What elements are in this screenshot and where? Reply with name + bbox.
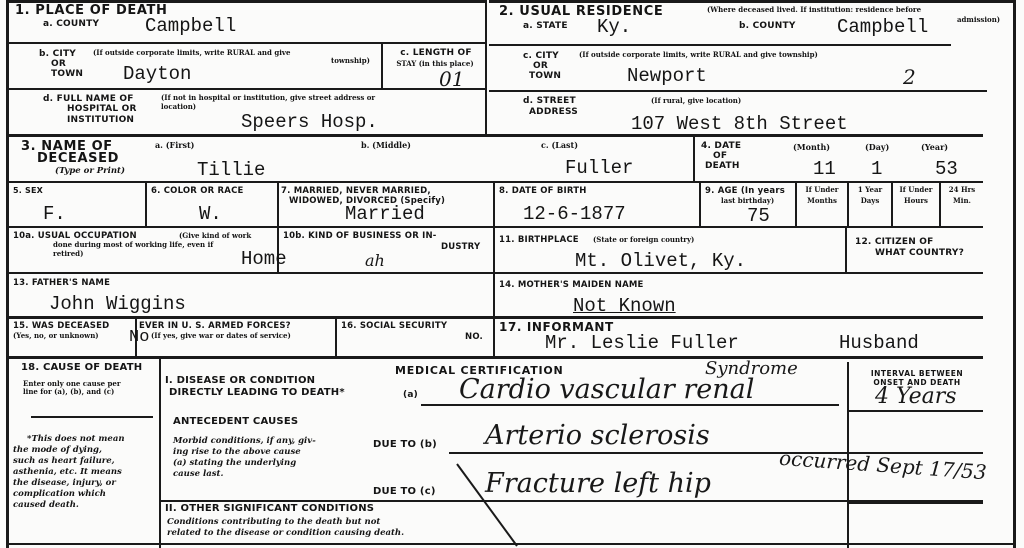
sec2-state-value[interactable]: Ky.	[597, 17, 631, 37]
sec3-middle-label: b. (Middle)	[361, 141, 411, 149]
rule	[489, 90, 987, 92]
sec11-value[interactable]: Mt. Olivet, Ky.	[575, 251, 746, 271]
part2-label: II. OTHER SIGNIFICANT CONDITIONS	[165, 504, 374, 514]
sec1-hospital-value[interactable]: Speers Hosp.	[241, 112, 378, 132]
footnote-line: asthenia, etc. It means	[13, 467, 157, 478]
footnote-line: the disease, injury, or	[13, 478, 157, 489]
sec18-instruction-2: line for (a), (b), and (c)	[23, 388, 114, 396]
rule	[9, 88, 487, 90]
sec15-label: 15. WAS DECEASED	[13, 321, 109, 331]
sec4-year-label: (Year)	[921, 143, 948, 151]
sec16-label: 16. SOCIAL SECURITY	[341, 321, 447, 331]
part2-note: Conditions contributing to the death but…	[167, 517, 380, 528]
sec15-value[interactable]: No	[129, 328, 149, 348]
interval-a-line	[849, 410, 983, 412]
morbid-note-line: (a) stating the underlying	[173, 458, 369, 469]
sec3-first-label: a. (First)	[155, 141, 194, 149]
interval-label: INTERVAL BETWEEN	[851, 370, 983, 378]
sec5-value[interactable]: F.	[43, 204, 66, 224]
rule	[699, 181, 701, 227]
strike-mark-icon	[455, 462, 525, 548]
sec9-label: 9. AGE (In years	[705, 186, 785, 196]
sec4-day-label: (Day)	[865, 143, 889, 151]
rule	[9, 181, 983, 183]
sec16-label-2: NO.	[465, 332, 483, 342]
sec6-value[interactable]: W.	[199, 204, 222, 224]
cause-b-value[interactable]: Arterio sclerosis	[485, 422, 710, 450]
sec10b-label-2: DUSTRY	[441, 242, 480, 252]
rule	[9, 226, 983, 228]
sec10a-note-2: done during most of working life, even i…	[53, 241, 213, 249]
sec2-city-label-town: TOWN	[529, 71, 561, 81]
sec4-label: 4. DATE	[701, 141, 741, 151]
sec14-value[interactable]: Not Known	[573, 296, 676, 316]
sec1-stay-label: c. LENGTH OF	[387, 48, 485, 58]
sec1-city-note: (If outside corporate limits, write RURA…	[93, 49, 290, 57]
sec9-hours-label: Hours	[893, 197, 939, 205]
sec9-under24-label-2: 24 Hrs	[941, 186, 983, 194]
rule	[493, 181, 495, 272]
sec2-city-note: (If outside corporate limits, write RURA…	[579, 51, 818, 59]
interval-a-value[interactable]: 4 Years	[875, 386, 957, 408]
footnote-line: *This does not mean	[13, 434, 157, 445]
sec2-county-label: b. COUNTY	[739, 21, 796, 31]
sec3-last-label: c. (Last)	[541, 141, 578, 149]
sec10b-label: 10b. KIND OF BUSINESS OR IN-	[283, 231, 437, 241]
sec7-label: 7. MARRIED, NEVER MARRIED,	[281, 186, 431, 196]
sec2-city-value[interactable]: Newport	[627, 66, 707, 86]
death-certificate: 1. PLACE OF DEATH a. COUNTY Campbell b. …	[6, 0, 1016, 548]
rule	[9, 316, 983, 319]
cause-c-label: DUE TO (c)	[373, 487, 436, 497]
sec18-divider	[31, 416, 153, 418]
sec2-city-mark: 2	[903, 66, 916, 88]
sec18-title: 18. CAUSE OF DEATH	[21, 363, 142, 373]
sec7-value[interactable]: Married	[345, 204, 425, 224]
sec15-label-2: EVER IN U. S. ARMED FORCES?	[139, 321, 291, 331]
sec9-min-label: Min.	[941, 197, 983, 205]
rule	[485, 0, 487, 134]
sec1-hospital-note: (If not in hospital or institution, give…	[161, 94, 375, 102]
sec2-street-label-2: ADDRESS	[529, 107, 578, 117]
sec3-last-value[interactable]: Fuller	[565, 158, 633, 178]
rule	[845, 226, 847, 272]
sec12-label-2: WHAT COUNTRY?	[875, 248, 964, 258]
rule	[493, 272, 495, 356]
sec4-year-value[interactable]: 53	[935, 159, 958, 179]
morbid-note-line: Morbid conditions, if any, giv-	[173, 436, 369, 447]
sec9-value[interactable]: 75	[747, 206, 770, 226]
sec10b-value[interactable]: ah	[365, 250, 385, 272]
cause-a-value[interactable]: Cardio vascular renal	[459, 376, 754, 404]
sec9-under1-label-2: 1 Year	[849, 186, 891, 194]
sec3-title-3: (Type or Print)	[55, 166, 125, 177]
sec9-months-label: Months	[797, 197, 847, 205]
sec15-note-2: (If yes, give war or dates of service)	[151, 332, 291, 340]
rule	[489, 44, 951, 46]
sec3-title-2: DECEASED	[37, 152, 119, 165]
sec1-city-label-town: TOWN	[51, 69, 83, 79]
sec1-hospital-label-3: INSTITUTION	[67, 115, 134, 125]
sec9-days-label: Days	[849, 197, 891, 205]
antecedent-label: ANTECEDENT CAUSES	[173, 417, 298, 427]
sec14-label: 14. MOTHER'S MAIDEN NAME	[499, 280, 644, 290]
sec1-stay-value[interactable]: 01	[439, 68, 464, 90]
sec1-city-note-2: township)	[331, 57, 370, 65]
sec2-title-note: (Where deceased lived. If institution: r…	[707, 6, 921, 14]
sec1-city-label: b. CITY	[39, 49, 76, 59]
sec2-state-label: a. STATE	[523, 21, 568, 31]
sec1-county-value[interactable]: Campbell	[145, 16, 236, 36]
sec2-street-value[interactable]: 107 West 8th Street	[631, 114, 848, 134]
footnote-line: the mode of dying,	[13, 445, 157, 456]
sec1-hospital-note-2: location)	[161, 103, 196, 111]
sec17-value[interactable]: Mr. Leslie Fuller	[545, 333, 739, 353]
sec9-label-2: last birthday)	[721, 197, 774, 205]
morbid-note: Morbid conditions, if any, giv- ing rise…	[173, 436, 369, 480]
part1-label: I. DISEASE OR CONDITION	[165, 376, 315, 386]
sec2-city-label: c. CITY	[523, 51, 559, 61]
sec6-label: 6. COLOR OR RACE	[151, 186, 244, 196]
sec2-city-label-or: OR	[533, 61, 548, 71]
rule	[381, 42, 383, 90]
rule	[335, 316, 337, 356]
sec17-relation[interactable]: Husband	[839, 333, 919, 353]
sec9-under1-label: If Under	[797, 186, 847, 194]
rule	[9, 272, 983, 274]
sec9-under24-label: If Under	[893, 186, 939, 194]
sec13-value[interactable]: John Wiggins	[49, 294, 186, 314]
sec10a-note: (Give kind of work	[179, 232, 251, 240]
sec2-street-label: d. STREET	[523, 96, 576, 106]
sec2-street-note: (If rural, give location)	[651, 97, 741, 105]
footnote-line: such as heart failure,	[13, 456, 157, 467]
sec1-hospital-label-2: HOSPITAL OR	[67, 104, 137, 114]
footnote-line: complication which	[13, 489, 157, 500]
sec5-label: 5. SEX	[13, 186, 43, 196]
part2-divider	[159, 500, 449, 502]
cause-a-insert[interactable]: Syndrome	[705, 358, 798, 380]
cause-b-label: DUE TO (b)	[373, 440, 437, 450]
sec18-footnote: *This does not mean the mode of dying, s…	[13, 434, 157, 511]
sec10a-value[interactable]: Home	[241, 249, 287, 269]
sec1-city-label-or: OR	[51, 59, 66, 69]
sec1-county-label: a. COUNTY	[43, 19, 99, 29]
morbid-note-line: cause last.	[173, 469, 369, 480]
footnote-line: caused death.	[13, 500, 157, 511]
sec11-note: (State or foreign country)	[593, 236, 694, 244]
sec3-first-value[interactable]: Tillie	[197, 160, 265, 180]
part1-label-2: DIRECTLY LEADING TO DEATH*	[169, 388, 345, 398]
sec2-title-note-2: admission)	[957, 16, 1000, 24]
sec2-county-value[interactable]: Campbell	[837, 17, 928, 37]
cause-a-label: (a)	[403, 390, 418, 400]
sec1-hospital-label: d. FULL NAME OF	[43, 94, 134, 104]
rule	[145, 181, 147, 227]
rule	[9, 42, 487, 44]
sec12-label: 12. CITIZEN OF	[855, 237, 933, 247]
sec15-note: (Yes, no, or unknown)	[13, 332, 99, 340]
sec8-label: 8. DATE OF BIRTH	[499, 186, 587, 196]
part2-note-2: related to the disease or condition caus…	[167, 528, 404, 539]
sec13-label: 13. FATHER'S NAME	[13, 278, 110, 288]
sec11-label: 11. BIRTHPLACE	[499, 235, 579, 245]
rule	[159, 356, 161, 548]
sec8-value[interactable]: 12-6-1877	[523, 204, 626, 224]
interval-c-line	[849, 502, 983, 504]
sec4-month-label: (Month)	[793, 143, 830, 151]
sec10a-note-3: retired)	[53, 250, 83, 258]
sec4-label-2: OF	[713, 151, 727, 161]
sec4-label-3: DEATH	[705, 161, 740, 171]
sec4-month-value[interactable]: 11	[813, 159, 836, 179]
morbid-note-line: ing rise to the above cause	[173, 447, 369, 458]
sec2-title: 2. USUAL RESIDENCE	[499, 5, 663, 18]
rule	[693, 134, 695, 182]
sec1-city-value[interactable]: Dayton	[123, 64, 191, 84]
rule	[489, 0, 1013, 3]
sec1-stay-label-2: STAY (in this place)	[385, 60, 485, 68]
rule	[9, 356, 983, 359]
sec4-day-value[interactable]: 1	[871, 159, 882, 179]
